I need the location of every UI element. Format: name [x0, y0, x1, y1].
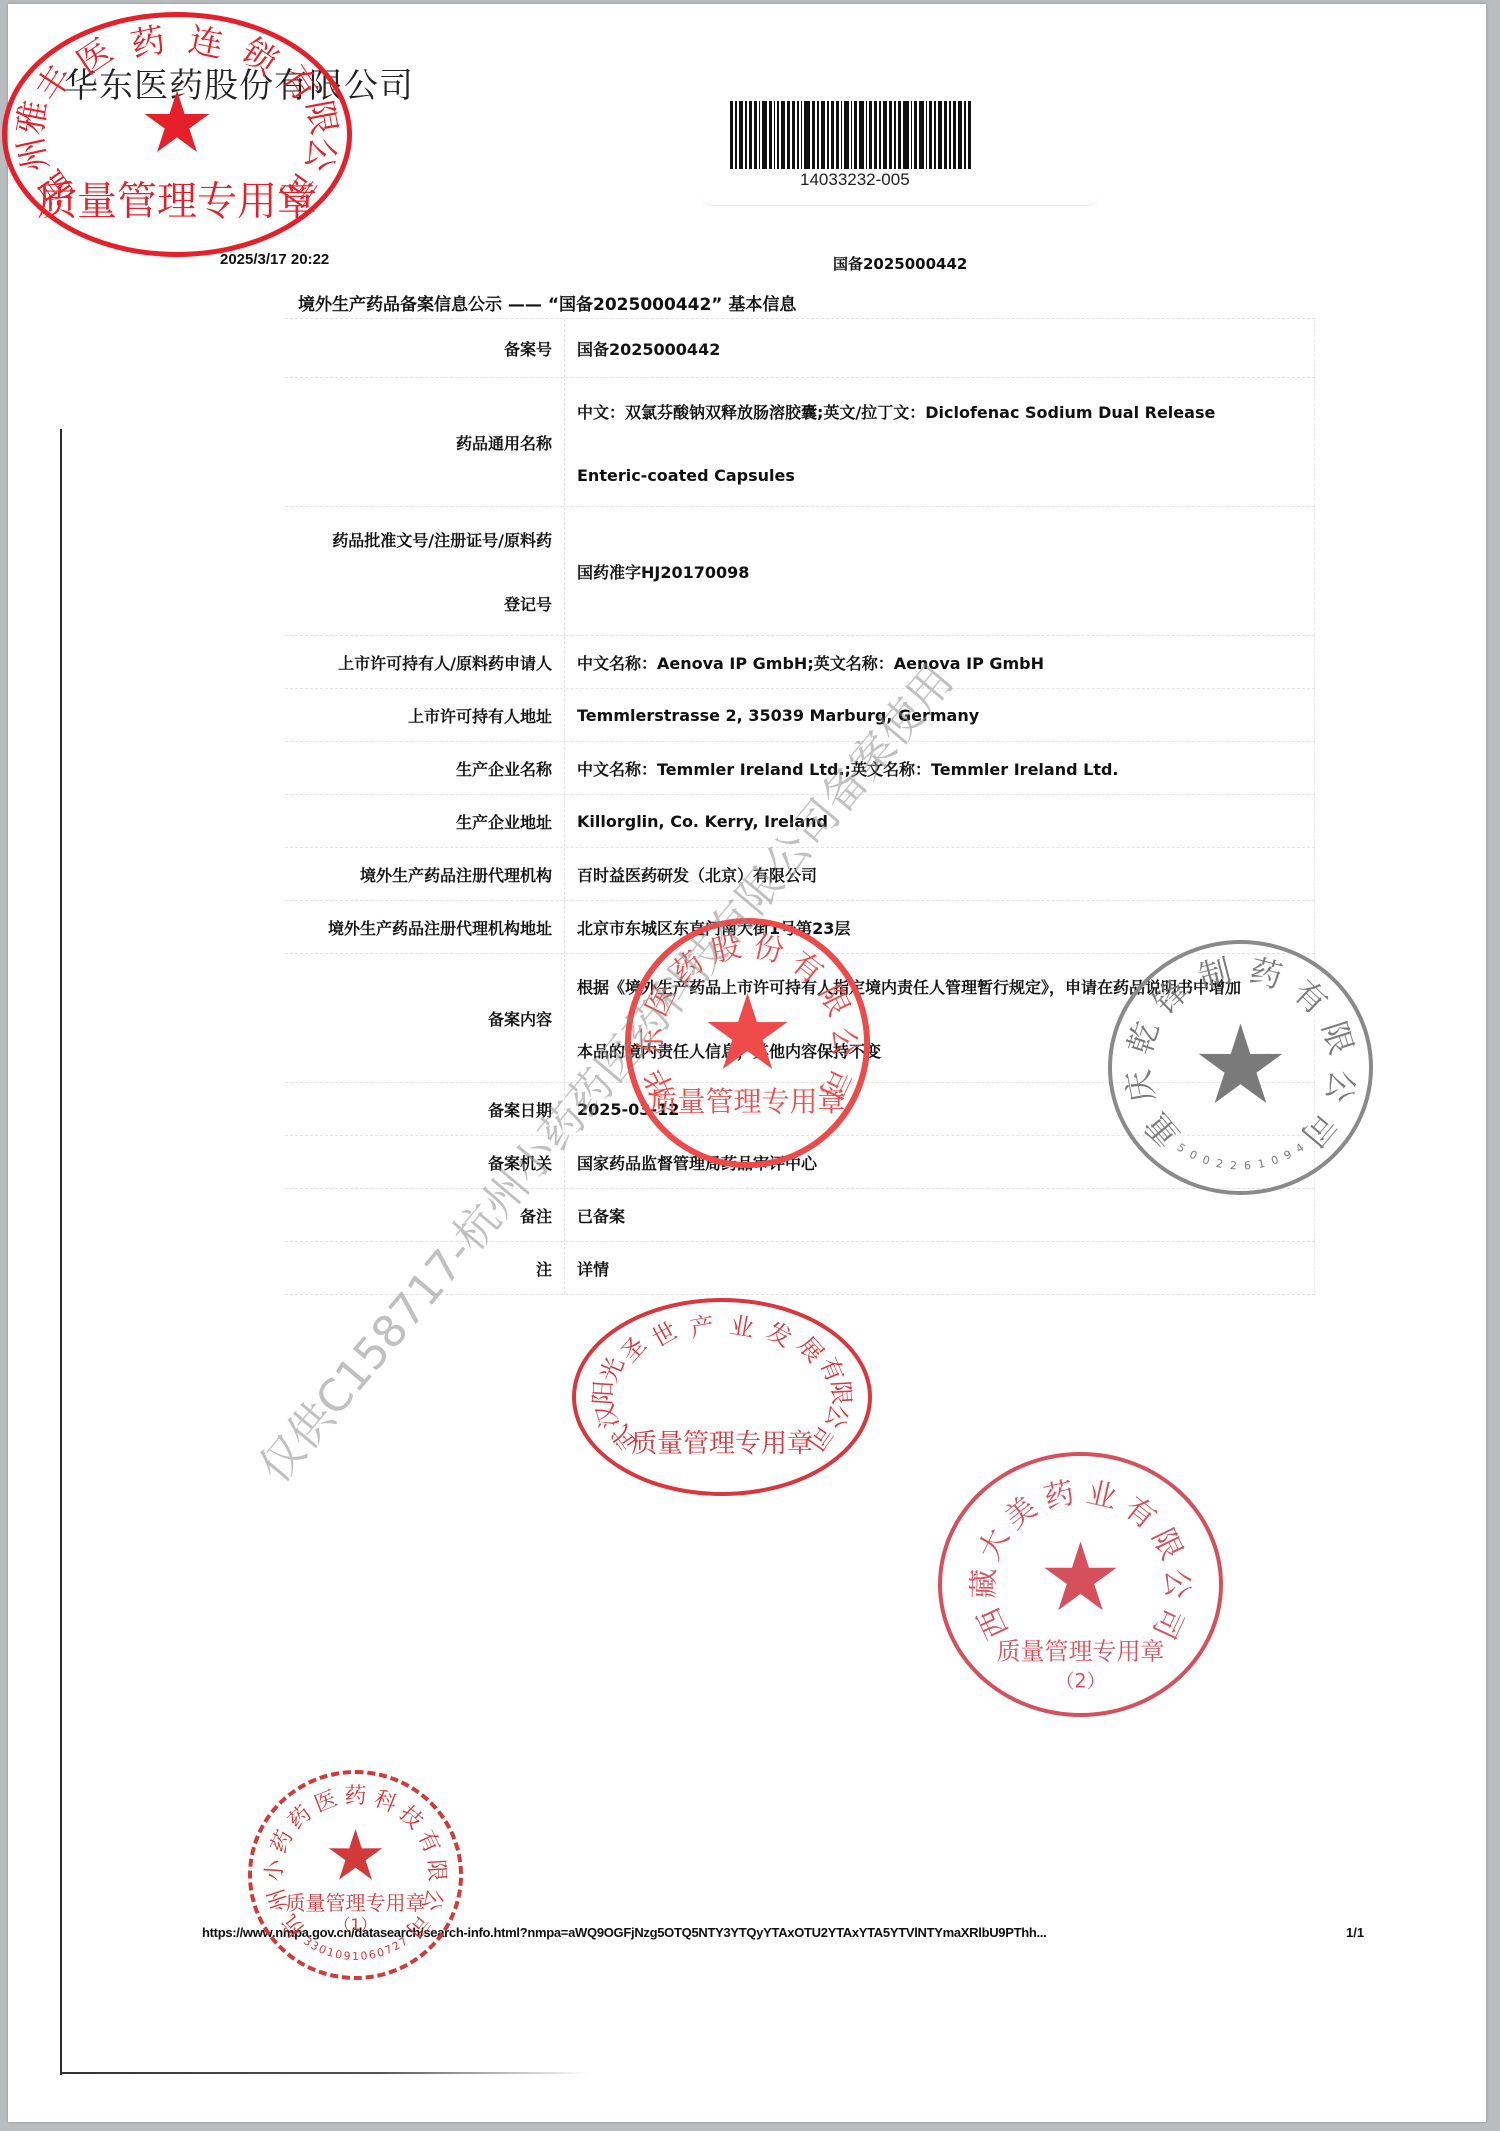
table-row: 备案号国备2025000442 — [285, 318, 1315, 377]
svg-text:9: 9 — [343, 1949, 351, 1963]
field-value: 已备案 — [565, 1189, 1315, 1241]
field-label: 备案号 — [285, 319, 565, 377]
field-label-text: 上市许可持有人/原料药申请人 — [338, 651, 552, 674]
svg-text:质量管理专用章: 质量管理专用章 — [37, 179, 317, 225]
seal-stamp-gray: 重庆乾锋制药有限公司5002261094 — [1108, 940, 1373, 1195]
svg-text:连: 连 — [185, 20, 226, 66]
svg-text:有: 有 — [784, 945, 829, 991]
record-number-header: 国备2025000442 — [833, 253, 967, 274]
barcode-icon — [730, 101, 1025, 169]
field-label-text: 生产企业名称 — [456, 757, 552, 780]
field-label: 备案内容 — [285, 954, 565, 1082]
field-value-text: 中文：双氯芬酸钠双释放肠溶胶囊;英文/拉丁文：Diclofenac Sodium… — [577, 400, 1314, 423]
svg-text:技: 技 — [394, 1801, 427, 1834]
svg-text:公: 公 — [826, 1027, 861, 1057]
svg-text:药: 药 — [1041, 1475, 1078, 1516]
document-title: 境外生产药品备案信息公示 —— “国备2025000442” 基本信息 — [298, 290, 796, 315]
star-icon: 重庆乾锋制药有限公司5002261094 — [1112, 944, 1369, 1191]
field-value-text: 国药准字HJ20170098 — [577, 560, 1314, 583]
svg-text:公: 公 — [1159, 1568, 1194, 1598]
print-timestamp: 2025/3/17 20:22 — [220, 251, 329, 268]
svg-text:公: 公 — [1319, 1067, 1362, 1106]
svg-text:限: 限 — [1315, 1017, 1361, 1059]
field-value-text: 已备案 — [577, 1204, 1314, 1227]
field-label: 境外生产药品注册代理机构地址 — [285, 901, 565, 953]
svg-text:1: 1 — [352, 1950, 359, 1963]
svg-text:锁: 锁 — [234, 31, 285, 84]
table-row: 药品通用名称中文：双氯芬酸钠双释放肠溶胶囊;英文/拉丁文：Diclofenac … — [285, 377, 1315, 506]
field-value: 中文：双氯芬酸钠双释放肠溶胶囊;英文/拉丁文：Diclofenac Sodium… — [565, 378, 1315, 506]
field-value: 国药准字HJ20170098 — [565, 507, 1315, 635]
field-label-text: 上市许可持有人地址 — [408, 704, 552, 727]
svg-text:0: 0 — [1187, 1148, 1199, 1163]
svg-text:乾: 乾 — [1120, 1017, 1166, 1059]
field-value: 详情 — [565, 1242, 1315, 1294]
svg-text:科: 科 — [370, 1786, 400, 1817]
field-label: 境外生产药品注册代理机构 — [285, 848, 565, 900]
svg-text:业: 业 — [728, 1311, 756, 1343]
seal-stamp-hangzhou: 杭州小药药医药科技有限公司质量管理专用章（1）3301091060727 — [248, 1770, 463, 1980]
field-value: Killorglin, Co. Kerry, Ireland — [565, 795, 1315, 847]
svg-text:限: 限 — [1144, 1523, 1189, 1565]
svg-text:锋: 锋 — [1146, 972, 1195, 1022]
svg-text:有: 有 — [1117, 1490, 1162, 1536]
svg-text:4: 4 — [1293, 1141, 1306, 1156]
svg-text:质量管理专用章: 质量管理专用章 — [649, 1085, 845, 1118]
field-label-text: 境外生产药品注册代理机构 — [360, 863, 552, 886]
scan-edge-line-bottom — [60, 2072, 590, 2074]
svg-text:产: 产 — [688, 1311, 716, 1343]
svg-text:0: 0 — [360, 1949, 368, 1963]
svg-text:雅: 雅 — [10, 97, 56, 138]
field-value-text: 国备2025000442 — [577, 337, 1314, 360]
field-label: 上市许可持有人地址 — [285, 689, 565, 741]
field-label-text: 注 — [536, 1257, 552, 1280]
table-row: 上市许可持有人/原料药申请人中文名称：Aenova IP GmbH;英文名称：A… — [285, 635, 1315, 688]
svg-text:0: 0 — [334, 1948, 343, 1962]
field-value-text: 详情 — [577, 1257, 1314, 1280]
svg-text:发: 发 — [762, 1317, 797, 1353]
svg-text:业: 业 — [1083, 1475, 1120, 1516]
table-row: 药品批准文号/注册证号/原料药登记号国药准字HJ20170098 — [285, 506, 1315, 635]
svg-text:医: 医 — [70, 31, 121, 83]
field-label: 上市许可持有人/原料药申请人 — [285, 636, 565, 688]
svg-text:5: 5 — [1175, 1141, 1188, 1156]
svg-text:公: 公 — [297, 134, 343, 176]
svg-text:限: 限 — [811, 980, 856, 1022]
svg-text:1: 1 — [1257, 1157, 1266, 1171]
svg-text:药: 药 — [284, 1801, 317, 1834]
svg-text:0: 0 — [1201, 1153, 1212, 1168]
svg-text:制: 制 — [1195, 951, 1235, 996]
svg-text:医: 医 — [311, 1786, 341, 1817]
field-label-text: 登记号 — [504, 592, 552, 615]
scan-edge-line — [60, 429, 62, 2075]
field-label-text: 备案号 — [504, 337, 552, 360]
svg-text:6: 6 — [1244, 1159, 1252, 1172]
field-label-text: 药品批准文号/注册证号/原料药 — [332, 528, 552, 551]
field-label: 生产企业地址 — [285, 795, 565, 847]
svg-text:0: 0 — [1269, 1153, 1280, 1168]
svg-text:9: 9 — [1282, 1148, 1294, 1163]
svg-text:有: 有 — [412, 1827, 444, 1858]
svg-text:质量管理专用章: 质量管理专用章 — [997, 1638, 1165, 1666]
seal-stamp-top-left: 温州雅丰医药连锁有限公司质量管理专用章 — [2, 12, 352, 257]
field-value: 国备2025000442 — [565, 319, 1315, 377]
field-value: 百时益医药研发（北京）有限公司 — [565, 848, 1315, 900]
svg-text:限: 限 — [298, 97, 344, 138]
svg-text:药: 药 — [344, 1784, 366, 1809]
svg-text:（1）: （1） — [334, 1915, 376, 1934]
field-label-text: 药品通用名称 — [456, 431, 552, 454]
svg-text:美: 美 — [998, 1490, 1043, 1536]
field-label: 生产企业名称 — [285, 742, 565, 794]
svg-text:（2）: （2） — [1055, 1670, 1106, 1693]
svg-text:药: 药 — [128, 20, 169, 66]
field-value-text: Enteric-coated Capsules — [577, 466, 1314, 485]
field-label-text: 境外生产药品注册代理机构地址 — [328, 916, 552, 939]
seal-stamp-wuhan: 武汉阳光圣世产业发展有限公司质量管理专用章 — [572, 1298, 872, 1496]
field-label-text: 生产企业地址 — [456, 810, 552, 833]
svg-text:藏: 藏 — [967, 1568, 1002, 1598]
svg-text:有: 有 — [1286, 972, 1335, 1022]
svg-text:药: 药 — [267, 1827, 299, 1858]
field-label: 药品批准文号/注册证号/原料药登记号 — [285, 507, 565, 635]
star-icon: 西藏大美药业有限公司质量管理专用章（2） — [942, 1456, 1219, 1713]
star-icon: 杭州小药药医药科技有限公司质量管理专用章（1）3301091060727 — [252, 1774, 459, 1976]
table-row: 上市许可持有人地址Temmlerstrasse 2, 35039 Marburg… — [285, 688, 1315, 741]
svg-text:州: 州 — [11, 134, 57, 176]
star-icon: 武汉阳光圣世产业发展有限公司质量管理专用章 — [576, 1302, 868, 1492]
field-value-text: 中文名称：Temmler Ireland Ltd.;英文名称：Temmler I… — [577, 757, 1314, 780]
field-value-text: 中文名称：Aenova IP GmbH;英文名称：Aenova IP GmbH — [577, 651, 1314, 674]
field-value-text: Killorglin, Co. Kerry, Ireland — [577, 812, 1314, 831]
svg-text:质量管理专用章: 质量管理专用章 — [631, 1429, 813, 1459]
svg-text:2: 2 — [1230, 1159, 1238, 1172]
svg-text:庆: 庆 — [1119, 1067, 1162, 1106]
barcode-number: 14033232-005 — [800, 170, 910, 190]
svg-text:世: 世 — [647, 1317, 682, 1353]
svg-text:2: 2 — [1215, 1157, 1224, 1171]
star-icon: 温州雅丰医药连锁有限公司质量管理专用章 — [7, 17, 347, 252]
field-value-text: 百时益医药研发（北京）有限公司 — [577, 863, 1314, 886]
field-label: 药品通用名称 — [285, 378, 565, 506]
svg-text:质量管理专用章: 质量管理专用章 — [286, 1891, 426, 1915]
seal-stamp-tibet: 西藏大美药业有限公司质量管理专用章（2） — [938, 1452, 1223, 1717]
svg-text:限: 限 — [423, 1859, 449, 1882]
svg-text:药: 药 — [1246, 951, 1286, 996]
svg-text:小: 小 — [262, 1858, 288, 1882]
page-number: 1/1 — [1346, 1925, 1364, 1940]
svg-text:大: 大 — [972, 1523, 1017, 1565]
field-label-text: 备案内容 — [488, 1007, 552, 1030]
field-value: 中文名称：Temmler Ireland Ltd.;英文名称：Temmler I… — [565, 742, 1315, 794]
